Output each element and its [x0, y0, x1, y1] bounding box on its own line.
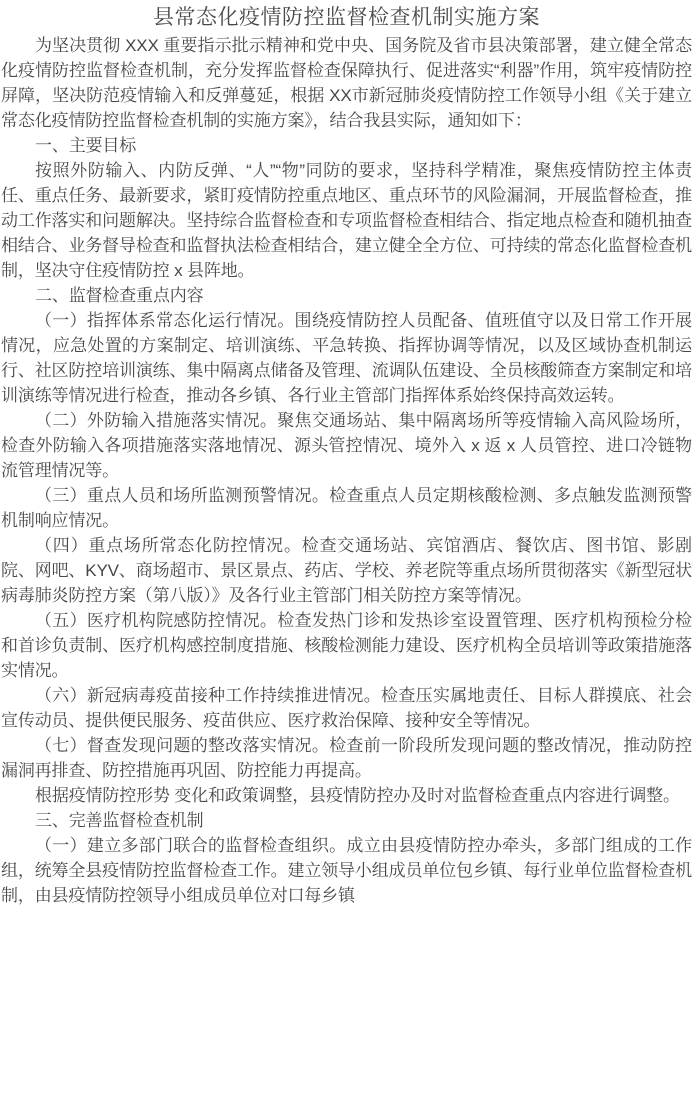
inspection-item-7: （七）督查发现问题的整改落实情况。检查前一阶段所发现问题的整改情况，推动防控漏洞… [1, 733, 692, 783]
inspection-item-3: （三）重点人员和场所监测预警情况。检查重点人员定期核酸检测、多点触发监测预警机制… [1, 483, 692, 533]
inspection-item-1: （一）指挥体系常态化运行情况。围绕疫情防控人员配备、值班值守以及日常工作开展情况… [1, 308, 692, 408]
document-page: 县常态化疫情防控监督检查机制实施方案 为坚决贯彻 XXX 重要指示批示精神和党中… [0, 0, 693, 1097]
section-heading-2: 二、监督检查重点内容 [1, 283, 692, 308]
inspection-item-4: （四）重点场所常态化防控情况。检查交通场站、宾馆酒店、餐饮店、图书馆、影剧院、网… [1, 533, 692, 608]
document-title: 县常态化疫情防控监督检查机制实施方案 [1, 5, 692, 31]
inspection-item-5: （五）医疗机构院感防控情况。检查发热门诊和发热诊室设置管理、医疗机构预检分检和首… [1, 608, 692, 683]
inspection-item-6: （六）新冠病毒疫苗接种工作持续推进情况。检查压实属地责任、目标人群摸底、社会宣传… [1, 683, 692, 733]
adjustment-paragraph: 根据疫情防控形势 变化和政策调整，县疫情防控办及时对监督检查重点内容进行调整。 [1, 783, 692, 808]
main-goals-paragraph: 按照外防输入、内防反弹、“人”“物”同防的要求，坚持科学精准，聚焦疫情防控主体责… [1, 158, 692, 283]
inspection-item-2: （二）外防输入措施落实情况。聚焦交通场站、集中隔离场所等疫情输入高风险场所，检查… [1, 408, 692, 483]
intro-paragraph: 为坚决贯彻 XXX 重要指示批示精神和党中央、国务院及省市县决策部署，建立健全常… [1, 33, 692, 133]
organization-paragraph: （一）建立多部门联合的监督检查组织。成立由县疫情防控办牵头，多部门组成的工作组，… [1, 833, 692, 908]
section-heading-1: 一、主要目标 [1, 133, 692, 158]
section-heading-3: 三、完善监督检查机制 [1, 808, 692, 833]
